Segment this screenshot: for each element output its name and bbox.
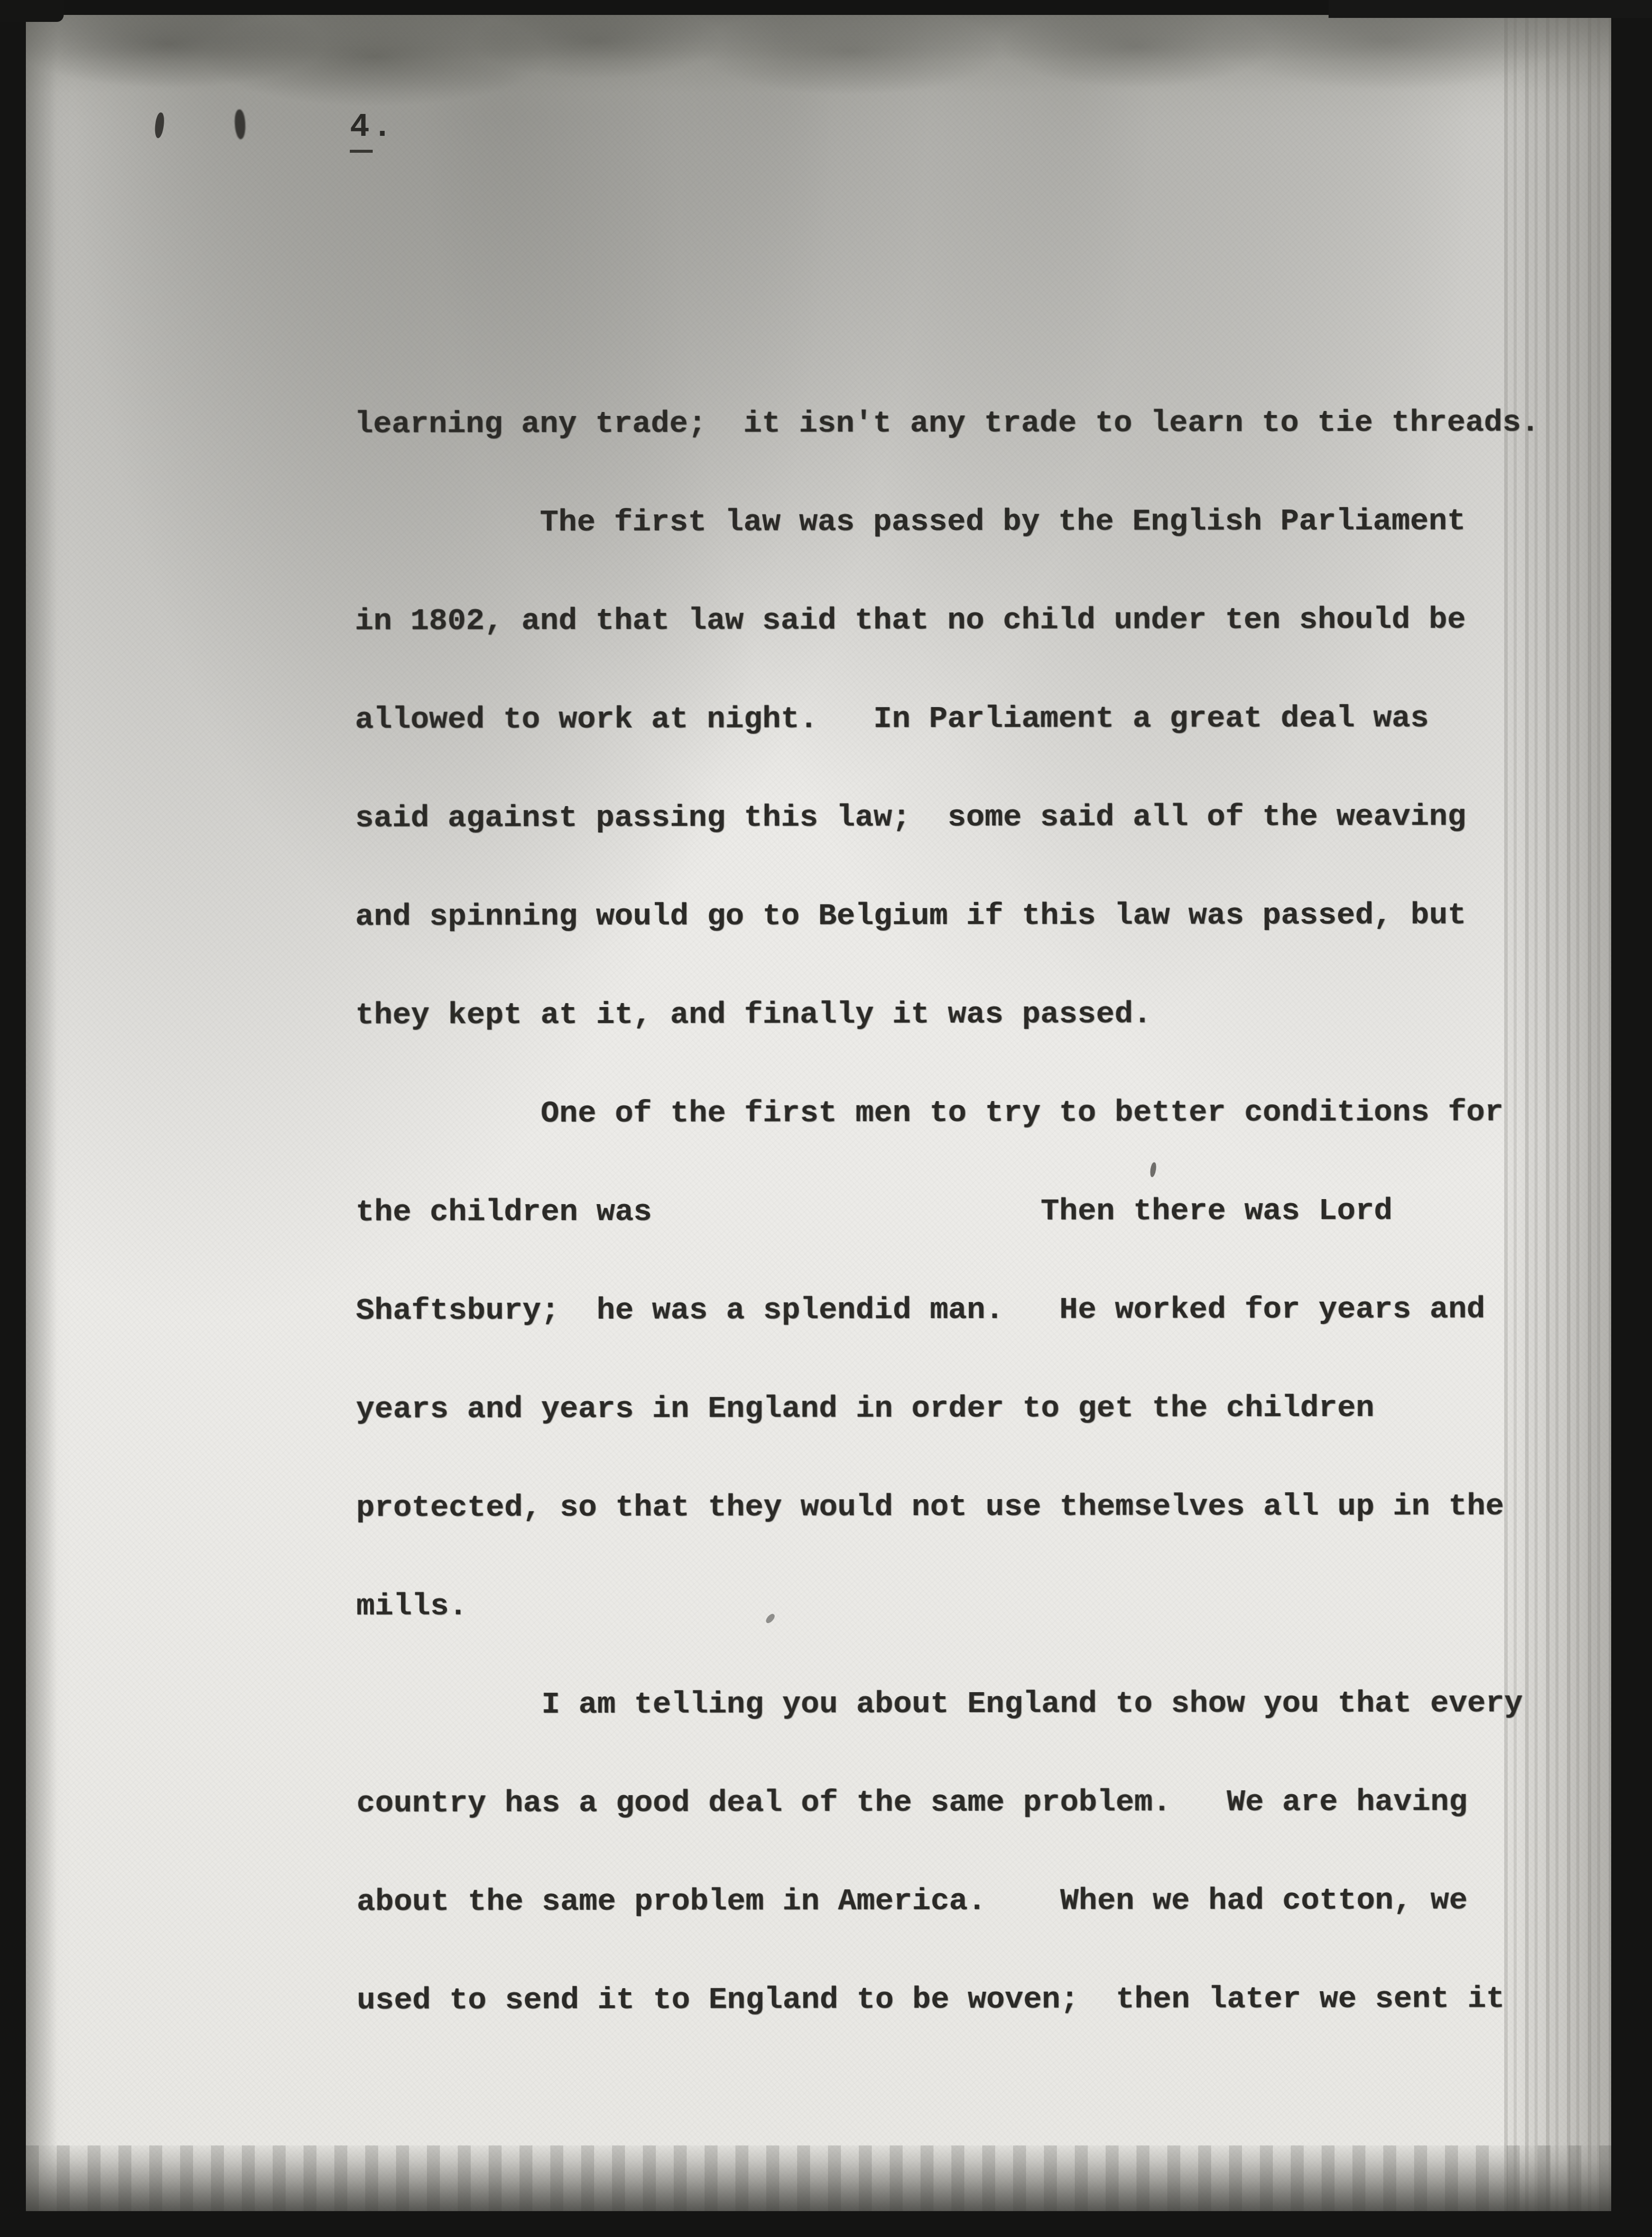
typewritten-line: protected, so that they would not use th… [356, 1488, 1563, 1588]
typewritten-line: mills. [356, 1587, 1563, 1687]
scanned-page: 4. learning any trade; it isn't any trad… [0, 0, 1652, 2237]
scan-border-corner-right [1329, 0, 1652, 18]
typewritten-line: allowed to work at night. In Parliament … [355, 700, 1561, 800]
typewritten-line: I am telling you about England to show y… [356, 1685, 1563, 1785]
typewritten-line: years and years in England in order to g… [356, 1390, 1562, 1490]
typewritten-line: said against passing this law; some said… [355, 799, 1562, 899]
typewritten-line: in 1802, and that law said that no child… [355, 602, 1561, 702]
typewritten-line: and spinning would go to Belgium if this… [355, 897, 1562, 997]
typewritten-text-block: learning any trade; it isn't any trade t… [355, 405, 1564, 2081]
typewritten-line: One of the first men to try to better co… [356, 1094, 1562, 1194]
typewritten-line: used to send it to England to be woven; … [357, 1981, 1563, 2081]
typewritten-line: they kept at it, and finally it was pass… [355, 996, 1562, 1096]
scan-shadow-left-artifact [26, 15, 58, 2211]
typewritten-line: learning any trade; it isn't any trade t… [355, 405, 1561, 505]
page-number-value: 4 [350, 108, 373, 153]
scan-border-corner-left [0, 0, 64, 22]
typewritten-line: about the same problem in America. When … [357, 1882, 1563, 1982]
scan-noise-top-artifact [26, 15, 1611, 119]
typewritten-line: the children was Then there was Lord [356, 1193, 1562, 1293]
typewritten-line: country has a good deal of the same prob… [357, 1784, 1563, 1884]
scan-band-bottom-artifact [26, 2145, 1611, 2211]
page-number-period: . [373, 108, 394, 146]
typewritten-line: The first law was passed by the English … [355, 503, 1561, 603]
page-number: 4. [350, 108, 393, 153]
typewritten-line: Shaftsbury; he was a splendid man. He wo… [356, 1291, 1562, 1391]
